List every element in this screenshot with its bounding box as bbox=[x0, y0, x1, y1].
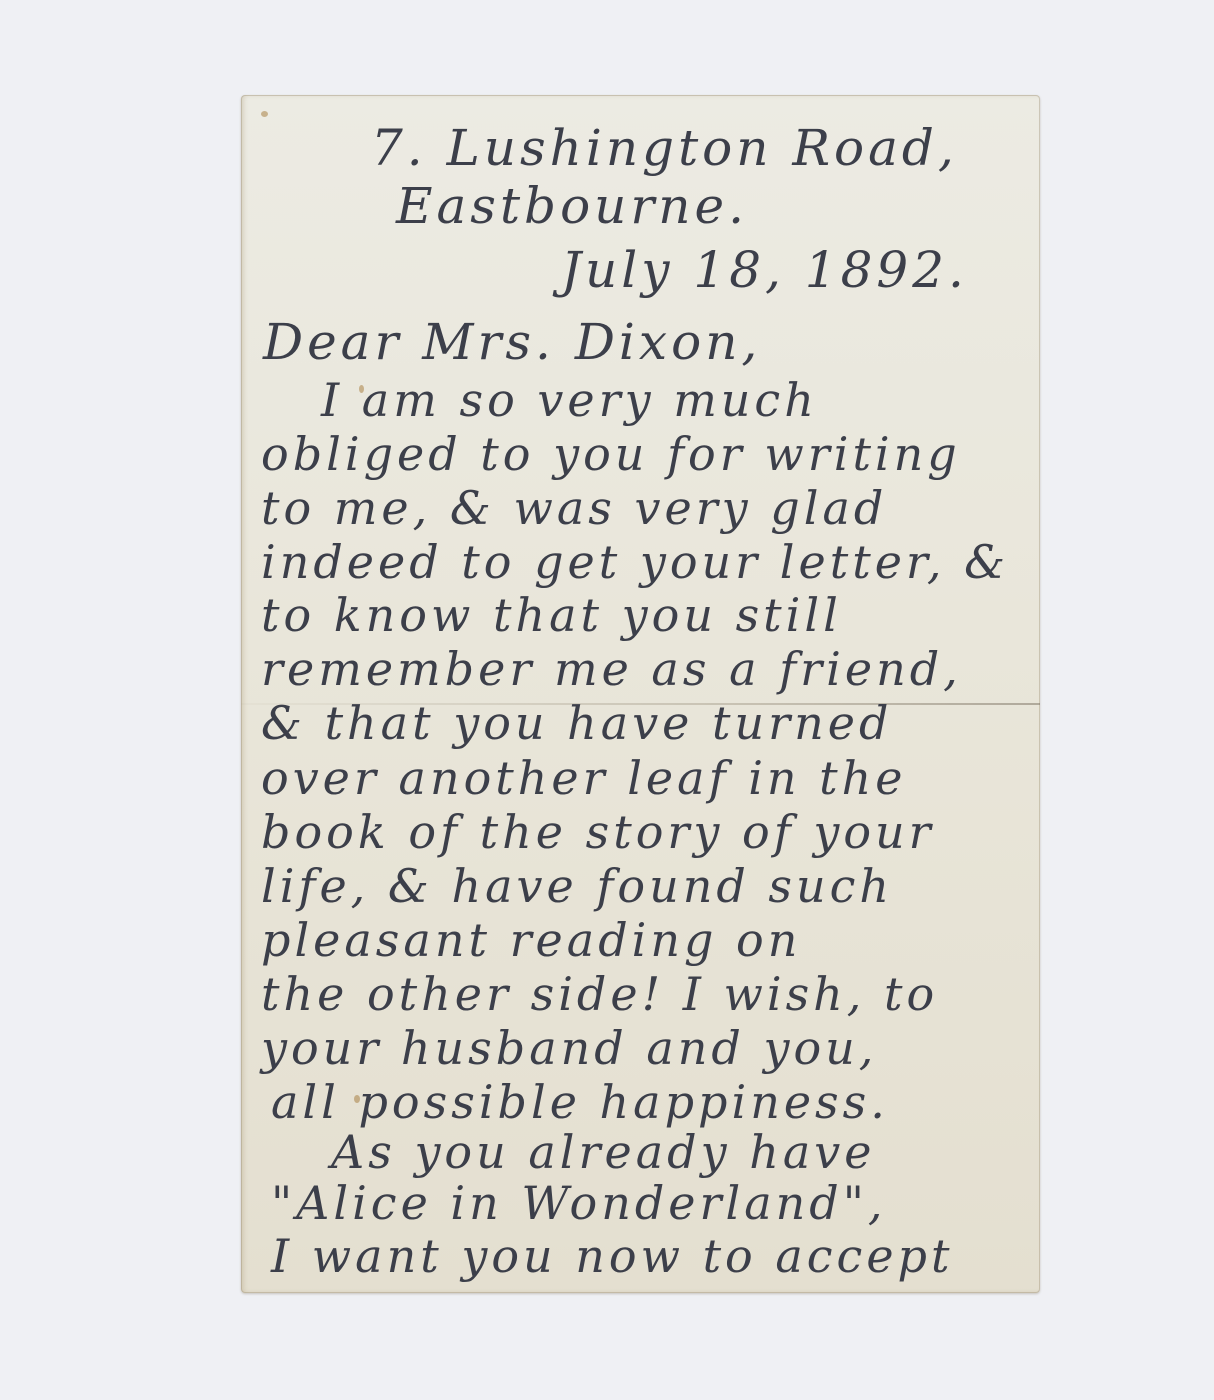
body-line: the other side! I wish, to bbox=[261, 971, 938, 1017]
salutation: Dear Mrs. Dixon, bbox=[263, 317, 761, 367]
address-line-1: 7. Lushington Road, bbox=[371, 123, 958, 173]
letter-date: July 18, 1892. bbox=[561, 245, 968, 295]
body-line: pleasant reading on bbox=[261, 917, 801, 963]
body-line: all possible happiness. bbox=[271, 1079, 889, 1125]
body-line: your husband and you, bbox=[261, 1025, 877, 1071]
body-line: As you already have bbox=[331, 1129, 875, 1175]
body-line: book of the story of your bbox=[261, 809, 935, 855]
body-line: over another leaf in the bbox=[261, 755, 907, 801]
body-line: I am so very much bbox=[321, 377, 818, 423]
body-line: life, & have found such bbox=[261, 863, 893, 909]
body-line: to know that you still bbox=[261, 592, 842, 638]
foxing-stain bbox=[261, 111, 268, 117]
body-line: remember me as a friend, bbox=[261, 646, 962, 692]
letter-paper: 7. Lushington Road, Eastbourne. July 18,… bbox=[241, 95, 1040, 1293]
body-line: & that you have turned bbox=[261, 700, 892, 746]
body-line: "Alice in Wonderland", bbox=[271, 1180, 887, 1226]
body-line: to me, & was very glad bbox=[261, 485, 887, 531]
body-line: I want you now to accept bbox=[271, 1233, 953, 1279]
address-line-2: Eastbourne. bbox=[396, 181, 748, 231]
body-line: obliged to you for writing bbox=[261, 431, 961, 477]
body-line: indeed to get your letter, & bbox=[261, 539, 1009, 585]
